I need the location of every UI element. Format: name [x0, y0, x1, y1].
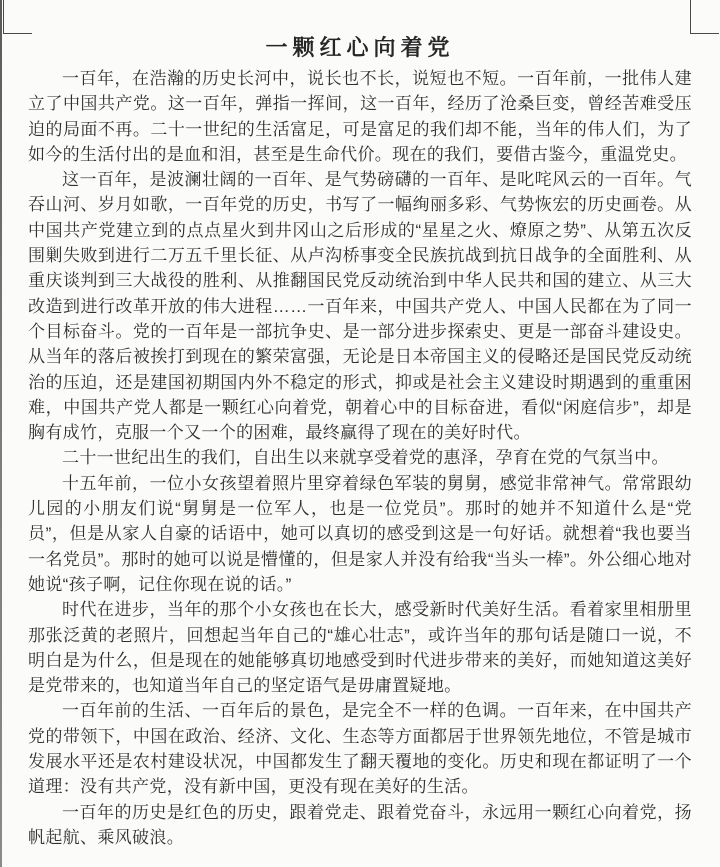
- essay-paragraph-1: 一百年，在浩瀚的历史长河中，说长也不长，说短也不短。一百年前，一批伟人建立了中国…: [28, 66, 692, 167]
- essay-paragraph-3: 二十一世纪出生的我们，自出生以来就享受着党的惠泽，孕育在党的气氛当中。: [28, 445, 692, 470]
- document-page: 一颗红心向着党 一百年，在浩瀚的历史长河中，说长也不长，说短也不短。一百年前，一…: [0, 0, 720, 867]
- essay-body: 一百年，在浩瀚的历史长河中，说长也不长，说短也不短。一百年前，一批伟人建立了中国…: [28, 66, 692, 850]
- essay-paragraph-6: 一百年前的生活、一百年后的景色，是完全不一样的色调。一百年来，在中国共产党的带领…: [28, 698, 692, 799]
- essay-paragraph-7: 一百年的历史是红色的历史，跟着党走、跟着党奋斗，永远用一颗红心向着党，扬帆起航、…: [28, 800, 692, 851]
- essay-paragraph-4: 十五年前，一位小女孩望着照片里穿着绿色军装的舅舅，感觉非常神气。常常跟幼儿园的小…: [28, 471, 692, 597]
- essay-title: 一颗红心向着党: [28, 34, 692, 62]
- essay-paragraph-2: 这一百年，是波澜壮阔的一百年、是气势磅礴的一百年、是叱咤风云的一百年。气吞山河、…: [28, 167, 692, 445]
- page-left-edge-line: [0, 0, 2, 867]
- document-content: 一颗红心向着党 一百年，在浩瀚的历史长河中，说长也不长，说短也不短。一百年前，一…: [28, 34, 692, 850]
- text-boundary-corner-mark-right: [690, 0, 719, 34]
- essay-paragraph-5: 时代在进步，当年的那个小女孩也在长大，感受新时代美好生活。看着家里相册里那张泛黄…: [28, 597, 692, 698]
- text-boundary-corner-mark-left: [3, 0, 32, 34]
